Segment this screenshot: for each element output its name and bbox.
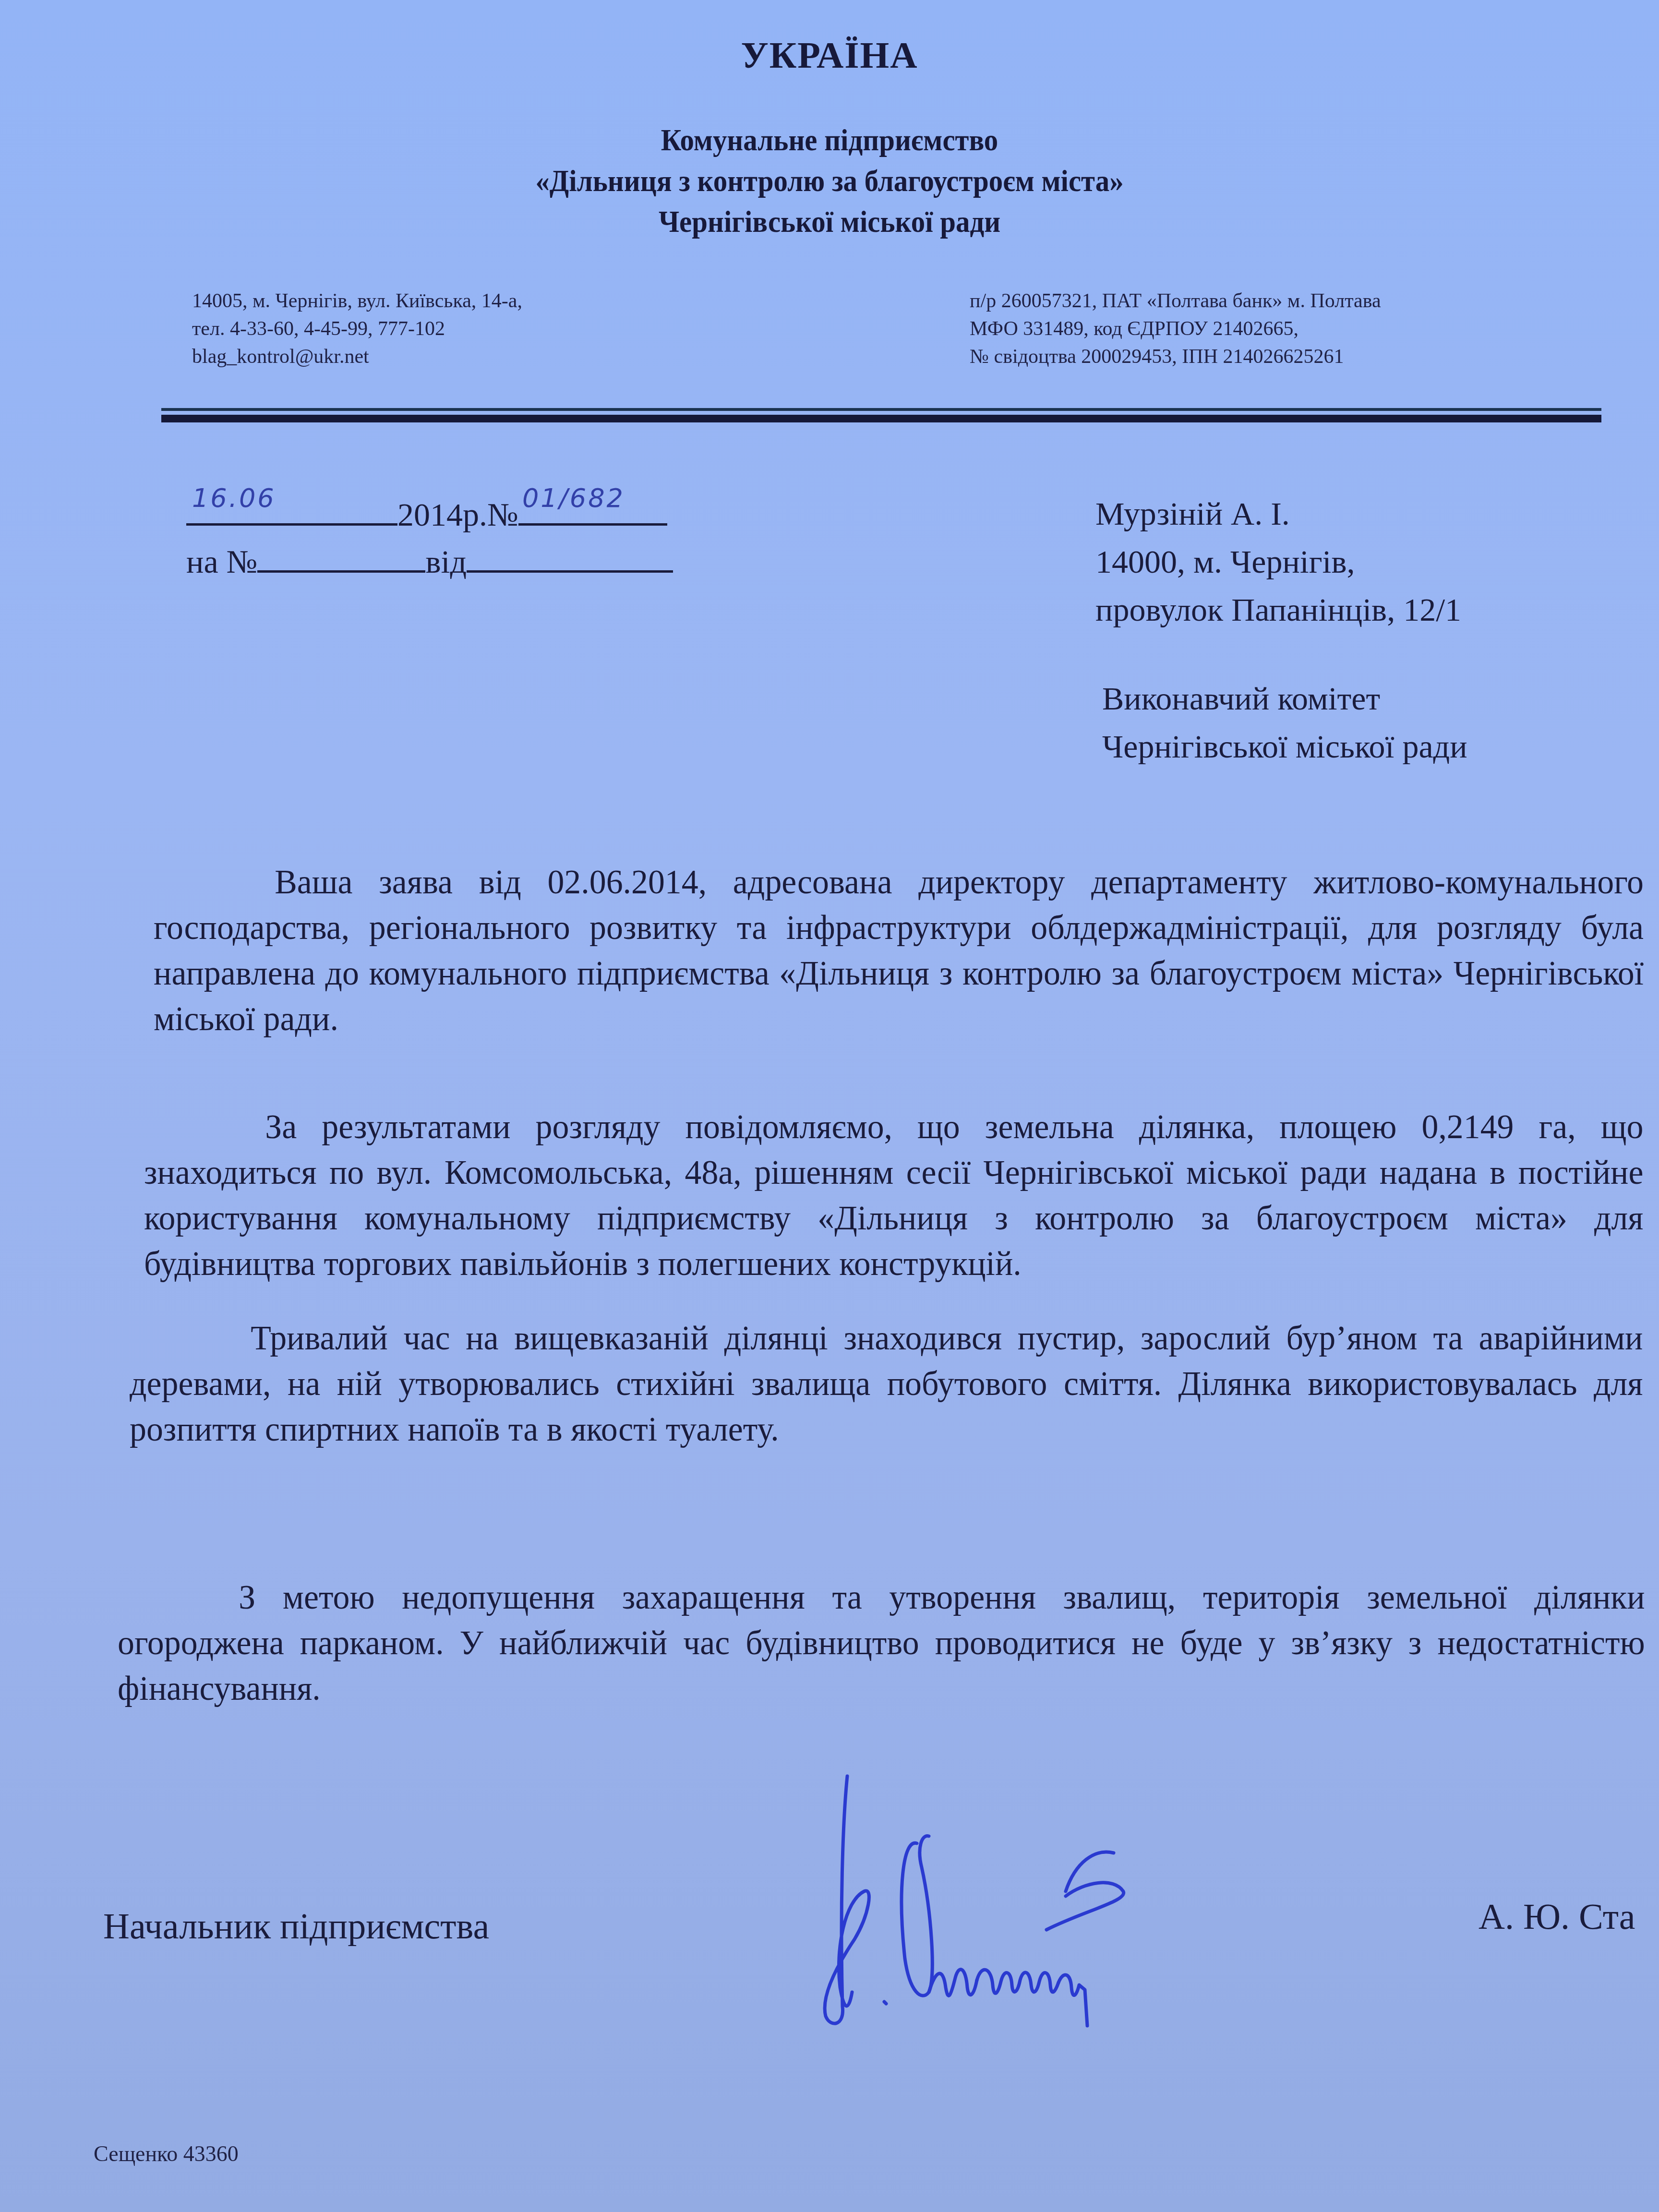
addressee-citizen: Мурзіній А. І. 14000, м. Чернігів, прову…: [1095, 490, 1461, 634]
handwritten-number: 01/682: [522, 474, 625, 522]
addressee-name: Мурзіній А. І.: [1095, 490, 1461, 538]
certificate-tax-id: № свідоцтва 200029453, ІПН 214026625261: [970, 343, 1381, 371]
signer-name: А. Ю. Ста: [1479, 1896, 1635, 1938]
letterhead-divider-thin: [161, 408, 1601, 411]
body-paragraph-3: Тривалий час на вищевказаній ділянці зна…: [130, 1315, 1643, 1452]
country-heading: УКРАЇНА: [0, 34, 1659, 77]
org-name-line-3: Чернігівської міської ради: [66, 204, 1593, 240]
number-blank: 01/682: [518, 490, 667, 526]
addressee-city: 14000, м. Чернігів,: [1095, 538, 1461, 586]
year-number-label: 2014р.№: [397, 496, 518, 533]
org-bank-details: п/р 260057321, ПАТ «Полтава банк» м. Пол…: [970, 287, 1381, 371]
org-contacts: 14005, м. Чернігів, вул. Київська, 14-а,…: [192, 287, 522, 371]
reply-date-blank: [467, 537, 673, 573]
org-name-line-1: Комунальне підприємство: [66, 122, 1593, 158]
committee-line-1: Виконавчий комітет: [1102, 674, 1467, 722]
signer-position: Начальник підприємства: [103, 1906, 489, 1948]
committee-line-2: Чернігівської міської ради: [1102, 722, 1467, 770]
handwritten-date: 16.06: [192, 474, 276, 522]
date-blank: 16.06: [186, 490, 397, 526]
reply-to-label: на №: [186, 543, 257, 580]
paragraph-text: З метою недопущення захаращення та утвор…: [118, 1575, 1645, 1711]
body-paragraph-1: Ваша заява від 02.06.2014, адресована ди…: [154, 859, 1644, 1042]
handwritten-signature-icon: [778, 1767, 1267, 2035]
from-label: від: [425, 543, 467, 580]
bank-mfo-edrpou: МФО 331489, код ЄДРПОУ 21402665,: [970, 315, 1381, 343]
paragraph-text: За результатами розгляду повідомляємо, щ…: [144, 1104, 1643, 1286]
org-email: blag_kontrol@ukr.net: [192, 343, 522, 371]
incoming-reference: на №від: [186, 537, 673, 586]
outgoing-reference: 16.06 2014р.№ 01/682: [186, 490, 667, 539]
body-paragraph-2: За результатами розгляду повідомляємо, щ…: [144, 1104, 1643, 1286]
letterhead-divider-thick: [161, 415, 1601, 422]
paragraph-text: Тривалий час на вищевказаній ділянці зна…: [130, 1315, 1643, 1452]
body-paragraph-4: З метою недопущення захаращення та утвор…: [118, 1575, 1645, 1711]
reply-number-blank: [257, 537, 425, 573]
org-name-line-2: «Дільниця з контролю за благоустроєм міс…: [66, 163, 1593, 199]
addressee-street: провулок Папанінців, 12/1: [1095, 586, 1461, 634]
org-address: 14005, м. Чернігів, вул. Київська, 14-а,: [192, 287, 522, 315]
letter-page: УКРАЇНА Комунальне підприємство «Дільниц…: [0, 0, 1659, 2212]
executor-note: Сещенко 43360: [94, 2141, 239, 2166]
bank-account: п/р 260057321, ПАТ «Полтава банк» м. Пол…: [970, 287, 1381, 315]
paragraph-text: Ваша заява від 02.06.2014, адресована ди…: [154, 859, 1644, 1042]
org-phones: тел. 4-33-60, 4-45-99, 777-102: [192, 315, 522, 343]
addressee-committee: Виконавчий комітет Чернігівської міської…: [1102, 674, 1467, 770]
